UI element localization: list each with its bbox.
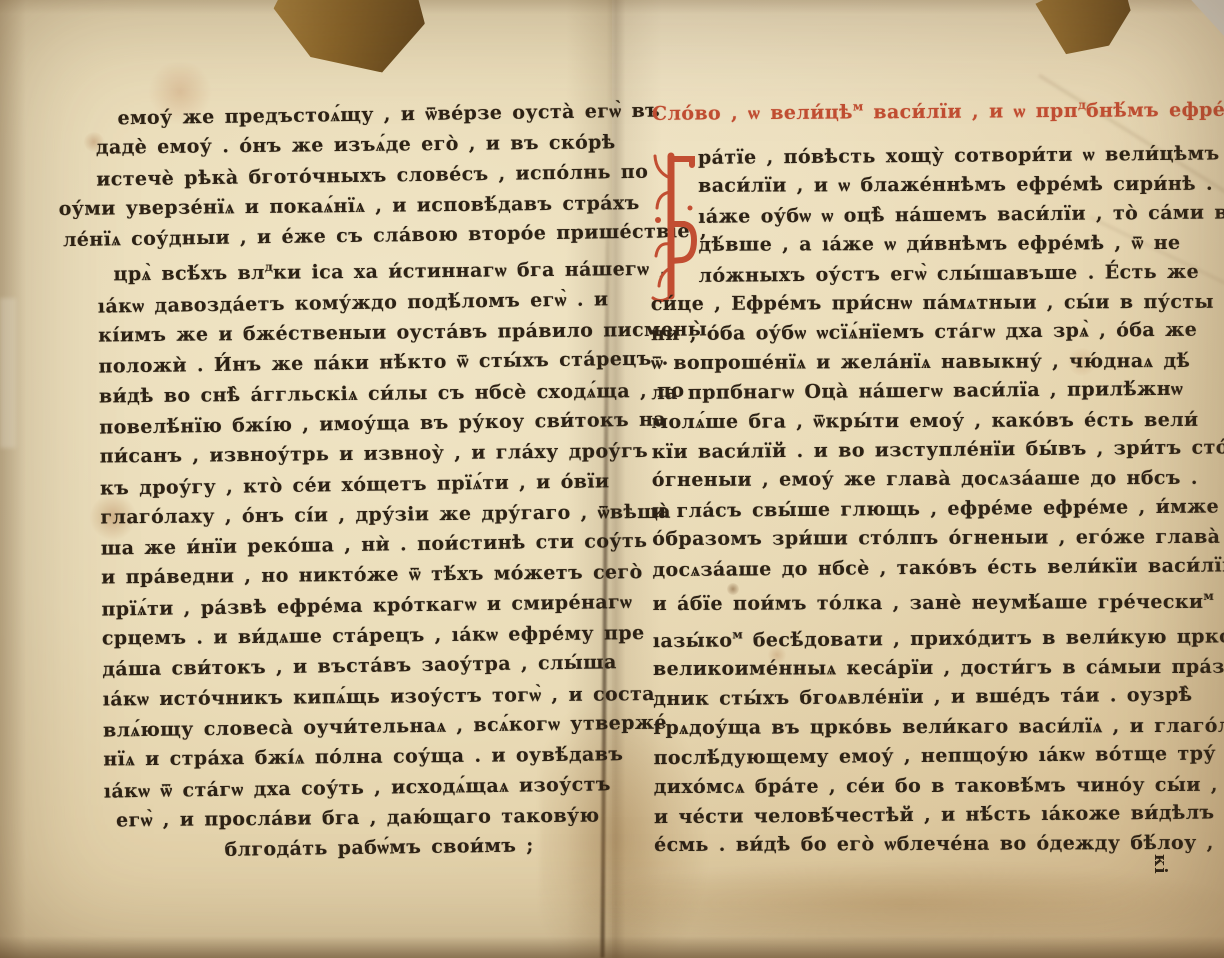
- text-line: и че́сти человѣ́честѣй , и нѣ́сть ıа́кож…: [654, 799, 1182, 833]
- text-line: молѧ́ше бга , ѿкры́ти емоу́ , како́въ е́…: [651, 406, 1179, 438]
- text-line: грѧдоу́ща въ црко́вь вели́каго васи́лїѧ …: [653, 712, 1181, 744]
- quire-signature: кі: [1126, 854, 1170, 894]
- page-edge-tear: [0, 298, 16, 448]
- page-left-edge-shadow: [0, 0, 26, 958]
- text-line: ра́тїе , по́вѣсть хощу̀ сотвори́ти ѡ вел…: [698, 140, 1178, 173]
- text-line: егѡ̀ , и просла́ви бга , даю́щаго такову…: [116, 801, 554, 836]
- text-line: ла прпбнагѡ Оца̀ на́шегѡ васи́лїа , прил…: [651, 375, 1179, 409]
- text-line: кїи васи́лїй . и во изступле́нїи бы́въ ,…: [652, 434, 1180, 468]
- text-line: ни , о́ба оу́бѡ ѡсїѧ́нїемъ ста́гѡ дха зр…: [651, 316, 1179, 350]
- text-line: дихо́мсѧ бра́те , се́и бо в таковѣ́мъ чи…: [654, 770, 1182, 802]
- text-line: досѧза́аше до нбсѐ , тако́въ е́сть вели́…: [652, 552, 1180, 586]
- page-bottom-edge-shadow: [0, 936, 1224, 958]
- text-line: дѣ́вше , а ıа́же ѡ ди́внѣмъ ефре́мѣ , ѿ …: [698, 229, 1178, 260]
- text-line: дник сты́хъ бгоѧвле́нїи , и вше́дъ та́и …: [653, 681, 1181, 715]
- text-line: ѿ вопроше́нїѧ и жела́нїѧ навыкну́ , чю́д…: [651, 347, 1179, 379]
- text-line: о́гненыи , емоу́ же глава̀ досѧза́аше до…: [652, 464, 1180, 496]
- text-line: великоиме́нныѧ кеса́рїи , дости́гъ в са́…: [653, 653, 1181, 685]
- text-line: и гла́съ свы́ше глющь , ефре́ме ефре́ме …: [652, 493, 1180, 527]
- text-line: послѣ́дующему емоу́ , непщоу́ю ıа́кѡ во́…: [653, 740, 1181, 774]
- text-line: ло́жныхъ оу́стъ егѡ̀ слы́шавъше . Е́сть …: [699, 258, 1179, 291]
- left-page-text: емоу́ же предъстоѧ́щу , и ѿве́рзе оуста̀…: [95, 97, 609, 867]
- right-page-text: ра́тїе , по́вѣсть хощу̀ сотвори́ти ѡ вел…: [650, 140, 1182, 861]
- text-line: о́бразомъ зри́ши сто́лпъ о́гненыи , его́…: [652, 523, 1180, 555]
- text-line: блгода́ть рабѡ́мъ свои́мъ ;: [224, 832, 459, 866]
- chapter-heading: Сло́во , ѡ вели́цѣм васи́лїи , и ѡ прпдб…: [652, 97, 1182, 126]
- text-line: е́смь . ви́дѣ бо его̀ ѡблече́на во о́деж…: [654, 829, 1182, 861]
- text-line: ıазы́ком бесѣ́довати , прихо́дитъ в вели…: [653, 616, 1181, 656]
- text-line: црѧ̀ всѣ́хъ влдки іса ха и́стиннагѡ бга …: [113, 249, 592, 290]
- text-line: васи́лїи , и ѡ блаже́ннѣмъ ефре́мѣ сири́…: [698, 170, 1178, 201]
- text-line: си́це , Ефре́мъ при́снѡ па́мѧтныи , сы́и…: [651, 288, 1179, 320]
- text-line: ıа́же оу́бѡ ѡ оцѣ̀ на́шемъ васи́лїи , то…: [698, 199, 1178, 232]
- book-photograph: емоу́ же предъстоѧ́щу , и ѿве́рзе оуста̀…: [0, 0, 1224, 958]
- text-line: и а́бїе пои́мъ то́лка , занѐ неумѣ́аше г…: [653, 582, 1181, 620]
